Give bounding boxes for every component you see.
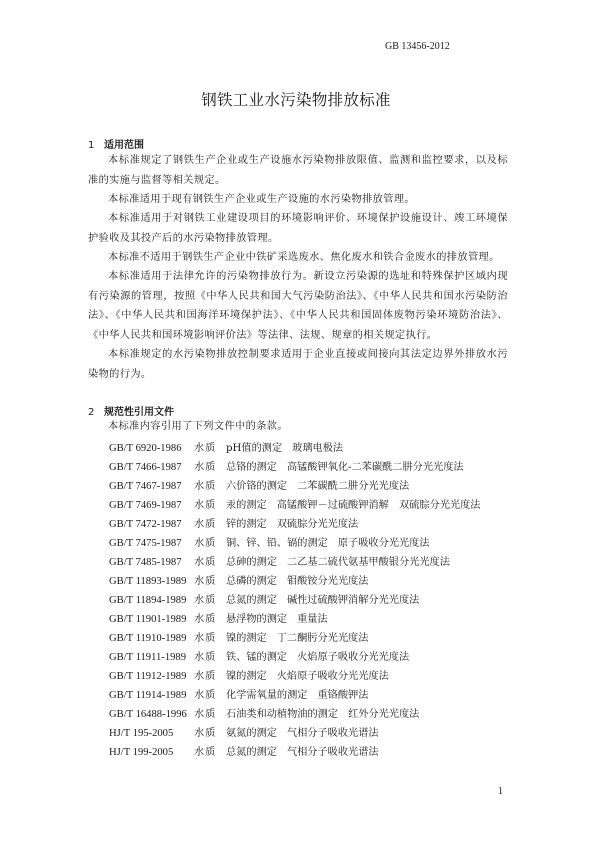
ref-code: GB/T 7475-1987 bbox=[109, 538, 194, 549]
reference-item: HJ/T 199-2005水质总氮的测定气相分子吸收光谱法 bbox=[109, 743, 379, 762]
document-title: 钢铁工业水污染物排放标准 bbox=[0, 88, 592, 110]
reference-item: GB/T 11893-1989水质总磷的测定钼酸铵分光光度法 bbox=[109, 572, 368, 591]
reference-item: GB/T 6920-1986水质pH值的测定玻璃电极法 bbox=[109, 439, 343, 458]
ref-code: GB/T 11912-1989 bbox=[109, 671, 194, 682]
ref-subject: 总砷的测定 bbox=[226, 557, 277, 568]
paragraph: 本标准规定了钢铁生产企业或生产设施水污染物排放限值、监测和监控要求，以及标准的实… bbox=[88, 151, 508, 190]
ref-category: 水质 bbox=[194, 458, 226, 473]
ref-category: 水质 bbox=[194, 629, 226, 644]
ref-method: 高锰酸钾－过硫酸钾消解 双硫腙分光光度法 bbox=[277, 500, 481, 511]
section-1-heading: 1适用范围 bbox=[88, 136, 144, 151]
ref-category: 水质 bbox=[194, 439, 226, 454]
ref-code: GB/T 7466-1987 bbox=[109, 462, 194, 473]
ref-subject: 总氮的测定 bbox=[226, 747, 277, 758]
ref-method: 红外分光光度法 bbox=[348, 709, 419, 720]
ref-code: HJ/T 199-2005 bbox=[109, 747, 194, 758]
ref-code: GB/T 11901-1989 bbox=[109, 614, 194, 625]
reference-item: GB/T 7467-1987水质六价铬的测定二苯碳酰二肼分光光度法 bbox=[109, 477, 409, 496]
ref-category: 水质 bbox=[194, 534, 226, 549]
reference-item: GB/T 7485-1987水质总砷的测定二乙基二硫代氨基甲酸银分光光度法 bbox=[109, 553, 450, 572]
reference-item: GB/T 11894-1989水质总氮的测定碱性过硫酸钾消解分光光度法 bbox=[109, 591, 419, 610]
ref-code: GB/T 11894-1989 bbox=[109, 595, 194, 606]
ref-method: 重铬酸钾法 bbox=[318, 690, 369, 701]
reference-item: GB/T 7466-1987水质总铬的测定高锰酸钾氧化-二苯碳酰二肼分光光度法 bbox=[109, 458, 464, 477]
reference-item: GB/T 7475-1987水质铜、锌、铅、镉的测定原子吸收分光光度法 bbox=[109, 534, 430, 553]
paragraph: 本标准适用于法律允许的污染物排放行为。新设立污染源的选址和特殊保护区域内现有污染… bbox=[88, 267, 508, 345]
ref-category: 水质 bbox=[194, 667, 226, 682]
paragraph: 本标准适用于现有钢铁生产企业或生产设施的水污染物排放管理。 bbox=[88, 190, 508, 210]
ref-method: 高锰酸钾氧化-二苯碳酰二肼分光光度法 bbox=[287, 462, 464, 473]
ref-method: 双硫腙分光光度法 bbox=[277, 519, 359, 530]
ref-category: 水质 bbox=[194, 515, 226, 530]
ref-category: 水质 bbox=[194, 648, 226, 663]
ref-subject: 镍的测定 bbox=[226, 633, 267, 644]
ref-category: 水质 bbox=[194, 477, 226, 492]
ref-subject: 悬浮物的测定 bbox=[226, 614, 287, 625]
ref-method: 火焰原子吸收分光光度法 bbox=[297, 652, 409, 663]
ref-category: 水质 bbox=[194, 610, 226, 625]
ref-code: GB/T 16488-1996 bbox=[109, 709, 194, 720]
reference-item: GB/T 11901-1989水质悬浮物的测定重量法 bbox=[109, 610, 328, 629]
section-number: 1 bbox=[88, 140, 104, 151]
ref-method: 丁二酮肟分光光度法 bbox=[277, 633, 369, 644]
ref-method: 气相分子吸收光谱法 bbox=[287, 728, 379, 739]
ref-subject: 总氮的测定 bbox=[226, 595, 277, 606]
ref-code: GB/T 7485-1987 bbox=[109, 557, 194, 568]
paragraph: 本标准内容引用了下列文件中的条款。 bbox=[88, 417, 508, 437]
standard-code-header: GB 13456-2012 bbox=[385, 41, 450, 52]
ref-code: GB/T 11911-1989 bbox=[109, 652, 194, 663]
section-2-heading: 2规范性引用文件 bbox=[88, 403, 174, 418]
ref-code: GB/T 11914-1989 bbox=[109, 690, 194, 701]
ref-method: 原子吸收分光光度法 bbox=[338, 538, 430, 549]
reference-item: HJ/T 195-2005水质氨氮的测定气相分子吸收光谱法 bbox=[109, 724, 379, 743]
ref-subject: 汞的测定 bbox=[226, 500, 267, 511]
ref-category: 水质 bbox=[194, 496, 226, 511]
ref-subject: 总铬的测定 bbox=[226, 462, 277, 473]
ref-subject: 氨氮的测定 bbox=[226, 728, 277, 739]
paragraph: 本标准不适用于钢铁生产企业中铁矿采选废水、焦化废水和铁合金废水的排放管理。 bbox=[88, 248, 508, 268]
reference-item: GB/T 7469-1987水质汞的测定高锰酸钾－过硫酸钾消解 双硫腙分光光度法 bbox=[109, 496, 481, 515]
ref-method: 钼酸铵分光光度法 bbox=[287, 576, 369, 587]
ref-subject: pH值的测定 bbox=[226, 443, 282, 454]
reference-item: GB/T 11914-1989水质化学需氧量的测定重铬酸钾法 bbox=[109, 686, 368, 705]
ref-code: GB/T 7467-1987 bbox=[109, 481, 194, 492]
ref-code: GB/T 7469-1987 bbox=[109, 500, 194, 511]
ref-subject: 锌的测定 bbox=[226, 519, 267, 530]
ref-category: 水质 bbox=[194, 553, 226, 568]
ref-subject: 总磷的测定 bbox=[226, 576, 277, 587]
reference-item: GB/T 16488-1996水质石油类和动植物油的测定红外分光光度法 bbox=[109, 705, 419, 724]
ref-category: 水质 bbox=[194, 686, 226, 701]
reference-item: GB/T 11912-1989水质镍的测定火焰原子吸收分光光度法 bbox=[109, 667, 389, 686]
reference-item: GB/T 11910-1989水质镍的测定丁二酮肟分光光度法 bbox=[109, 629, 368, 648]
ref-subject: 铜、锌、铅、镉的测定 bbox=[226, 538, 328, 549]
ref-method: 碱性过硫酸钾消解分光光度法 bbox=[287, 595, 419, 606]
section-title: 适用范围 bbox=[104, 140, 144, 151]
ref-code: GB/T 11910-1989 bbox=[109, 633, 194, 644]
ref-category: 水质 bbox=[194, 591, 226, 606]
ref-method: 气相分子吸收光谱法 bbox=[287, 747, 379, 758]
ref-category: 水质 bbox=[194, 705, 226, 720]
ref-code: GB/T 6920-1986 bbox=[109, 443, 194, 454]
ref-method: 二乙基二硫代氨基甲酸银分光光度法 bbox=[287, 557, 450, 568]
paragraph: 本标准规定的水污染物排放控制要求适用于企业直接或间接向其法定边界外排放水污染物的… bbox=[88, 345, 508, 384]
ref-code: HJ/T 195-2005 bbox=[109, 728, 194, 739]
reference-item: GB/T 7472-1987水质锌的测定双硫腙分光光度法 bbox=[109, 515, 358, 534]
ref-code: GB/T 7472-1987 bbox=[109, 519, 194, 530]
ref-subject: 镍的测定 bbox=[226, 671, 267, 682]
ref-category: 水质 bbox=[194, 724, 226, 739]
reference-item: GB/T 11911-1989水质铁、锰的测定火焰原子吸收分光光度法 bbox=[109, 648, 409, 667]
ref-method: 二苯碳酰二肼分光光度法 bbox=[297, 481, 409, 492]
page-number: 1 bbox=[498, 786, 503, 797]
ref-subject: 铁、锰的测定 bbox=[226, 652, 287, 663]
ref-method: 玻璃电极法 bbox=[292, 443, 343, 454]
ref-subject: 六价铬的测定 bbox=[226, 481, 287, 492]
ref-category: 水质 bbox=[194, 743, 226, 758]
ref-method: 重量法 bbox=[297, 614, 328, 625]
ref-method: 火焰原子吸收分光光度法 bbox=[277, 671, 389, 682]
ref-subject: 石油类和动植物油的测定 bbox=[226, 709, 338, 720]
ref-category: 水质 bbox=[194, 572, 226, 587]
paragraph: 本标准适用于对钢铁工业建设项目的环境影响评价、环境保护设施设计、竣工环境保护验收… bbox=[88, 209, 508, 248]
ref-subject: 化学需氧量的测定 bbox=[226, 690, 308, 701]
ref-code: GB/T 11893-1989 bbox=[109, 576, 194, 587]
